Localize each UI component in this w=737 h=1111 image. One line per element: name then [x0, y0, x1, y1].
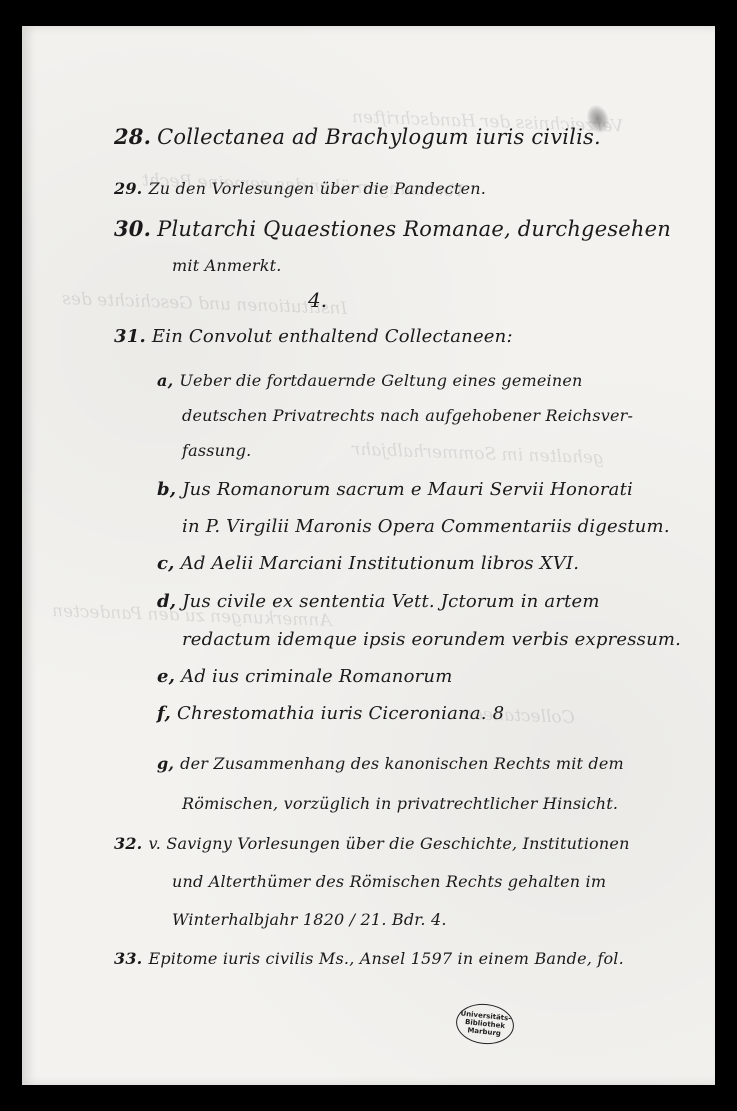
- subitem-label: e,: [157, 666, 175, 687]
- page-number: 4.: [308, 288, 327, 312]
- subitem-text: der Zusammenhang des kanonischen Rechts …: [180, 754, 624, 773]
- entry-32: 32.v. Savigny Vorlesungen über die Gesch…: [114, 834, 630, 853]
- subitem-label: c,: [157, 553, 175, 574]
- entry-number: 29.: [114, 179, 142, 198]
- entry-number: 28.: [114, 124, 151, 149]
- entry-29: 29.Zu den Vorlesungen über die Pandecten…: [114, 179, 486, 198]
- entry-text: Collectanea ad Brachylogum iuris civilis…: [157, 125, 601, 149]
- subitem-f: f,Chrestomathia iuris Ciceroniana. 8: [157, 703, 504, 724]
- subitem-text: Chrestomathia iuris Ciceroniana. 8: [177, 703, 504, 724]
- entry-number: 33.: [114, 949, 142, 968]
- entry-33: 33.Epitome iuris civilis Ms., Ansel 1597…: [114, 949, 624, 968]
- entry-32-line-3: Winterhalbjahr 1820 / 21. Bdr. 4.: [172, 910, 447, 929]
- subitem-text: Jus Romanorum sacrum e Mauri Servii Hono…: [182, 479, 633, 500]
- entry-text: Plutarchi Quaestiones Romanae, durchgese…: [157, 217, 671, 241]
- entry-28: 28.Collectanea ad Brachylogum iuris civi…: [114, 124, 601, 149]
- entry-31: 31.Ein Convolut enthaltend Collectaneen:: [114, 326, 513, 347]
- entry-30: 30.Plutarchi Quaestiones Romanae, durchg…: [114, 216, 671, 241]
- subitem-label: g,: [157, 754, 174, 773]
- subitem-a: a,Ueber die fortdauernde Geltung eines g…: [157, 371, 583, 390]
- subitem-text: Jus civile ex sententia Vett. Jctorum in…: [182, 591, 599, 612]
- entry-text: Ein Convolut enthaltend Collectaneen:: [152, 326, 513, 347]
- subitem-b: b,Jus Romanorum sacrum e Mauri Servii Ho…: [157, 479, 633, 500]
- subitem-b-line-2: in P. Virgilii Maronis Opera Commentarii…: [182, 516, 670, 537]
- entry-30-continuation: mit Anmerkt.: [172, 256, 282, 275]
- subitem-e: e,Ad ius criminale Romanorum: [157, 666, 452, 687]
- library-stamp: Universitäts- Bibliothek Marburg: [454, 1001, 516, 1047]
- entry-text: Zu den Vorlesungen über die Pandecten.: [148, 179, 486, 198]
- subitem-label: f,: [157, 703, 171, 724]
- entry-text: v. Savigny Vorlesungen über die Geschich…: [148, 834, 629, 853]
- entry-text: Epitome iuris civilis Ms., Ansel 1597 in…: [148, 949, 623, 968]
- bleed-through-text: gehalten im Sommerhalbjahr: [352, 440, 604, 469]
- entry-32-line-2: und Alterthümer des Römischen Rechts geh…: [172, 872, 606, 891]
- bleed-through-text: Institutionen und Geschichte des: [62, 289, 348, 319]
- subitem-text: Ad ius criminale Romanorum: [181, 666, 452, 687]
- subitem-label: d,: [157, 591, 176, 612]
- entry-number: 32.: [114, 834, 142, 853]
- subitem-d-line-2: redactum idemque ipsis eorundem verbis e…: [182, 629, 681, 650]
- manuscript-page: Verzeichniss der Handschriften Vorlesung…: [22, 26, 715, 1085]
- subitem-text: Ad Aelii Marciani Institutionum libros X…: [181, 553, 580, 574]
- subitem-g: g,der Zusammenhang des kanonischen Recht…: [157, 754, 624, 773]
- entry-number: 31.: [114, 326, 146, 347]
- subitem-text: Ueber die fortdauernde Geltung eines gem…: [179, 371, 582, 390]
- subitem-c: c,Ad Aelii Marciani Institutionum libros…: [157, 553, 579, 574]
- subitem-g-line-2: Römischen, vorzüglich in privatrechtlich…: [182, 794, 618, 813]
- subitem-a-line-2: deutschen Privatrechts nach aufgehobener…: [182, 406, 633, 425]
- subitem-label: a,: [157, 371, 173, 390]
- subitem-d: d,Jus civile ex sententia Vett. Jctorum …: [157, 591, 600, 612]
- subitem-label: b,: [157, 479, 176, 500]
- entry-number: 30.: [114, 216, 151, 241]
- subitem-a-line-3: fassung.: [182, 441, 251, 460]
